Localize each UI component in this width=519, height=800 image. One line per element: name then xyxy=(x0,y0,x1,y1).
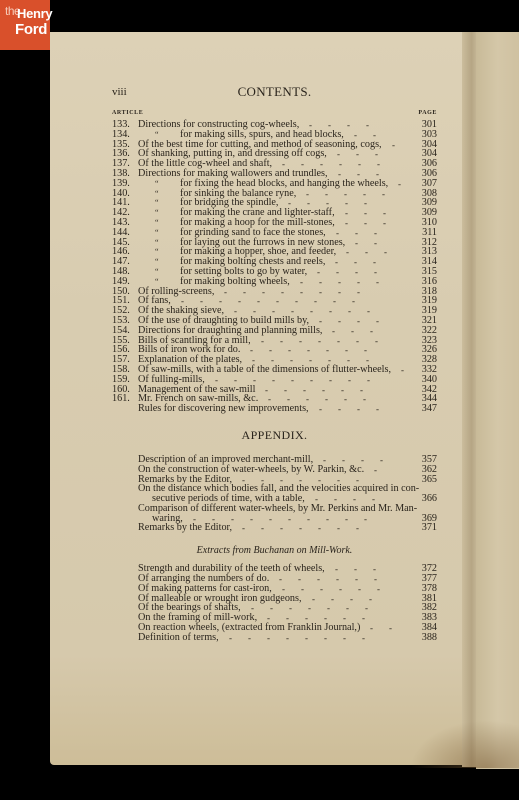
leader-dots: ----- xyxy=(306,189,416,199)
leader-dots: ------- xyxy=(242,523,416,533)
toc-entry: Rules for discovering new improvements,3… xyxy=(112,404,437,414)
leader-dots: - xyxy=(398,179,416,189)
extracts-title: Extracts from Buchanan on Mill-Work. xyxy=(112,545,437,556)
leader-dots: ------ xyxy=(265,385,416,395)
leader-dots: ---- xyxy=(312,594,416,604)
ditto-mark: “ xyxy=(155,247,159,257)
ditto-mark: “ xyxy=(155,218,159,228)
entry-page-number: 388 xyxy=(422,633,437,643)
page-title: CONTENTS. xyxy=(112,84,437,100)
contents-page: viii CONTENTS. ARTICLE PAGE 133.Directio… xyxy=(112,84,437,643)
leader-dots: --- xyxy=(335,257,416,267)
leader-dots: --- xyxy=(346,247,416,257)
entry-page-number: 347 xyxy=(422,404,437,414)
leader-dots: ------- xyxy=(261,336,416,346)
leader-dots: --- xyxy=(345,208,416,218)
leader-dots: --- xyxy=(336,228,416,238)
ditto-mark: “ xyxy=(155,189,159,199)
book-page-right-edge xyxy=(476,32,519,769)
logo-henry: Henry xyxy=(17,6,52,21)
article-number: 161. xyxy=(112,394,136,404)
entry-title: Definition of terms, xyxy=(138,633,219,643)
leader-dots: --- xyxy=(345,218,416,228)
appendix-title: APPENDIX. xyxy=(112,428,437,443)
leader-dots: -------- xyxy=(229,633,416,643)
entry-title: Remarks by the Editor, xyxy=(138,523,232,533)
leader-dots: ---- xyxy=(317,267,416,277)
henry-ford-logo: the Henry Ford xyxy=(0,0,50,50)
appendix-entry: Comparison of different water-wheels, by… xyxy=(138,504,437,514)
appendix-entry: Remarks by the Editor,371------- xyxy=(138,523,437,533)
leader-dots: ---- xyxy=(319,316,416,326)
entry-page-number: 366 xyxy=(422,494,437,504)
articles-list: 133.Directions for constructing cog-whee… xyxy=(112,120,437,414)
article-column-header: ARTICLE xyxy=(112,110,143,116)
leader-dots: ------- xyxy=(250,345,416,355)
logo-ford: Ford xyxy=(15,21,47,38)
leader-dots: - xyxy=(401,365,416,375)
leader-dots: -- xyxy=(370,623,416,633)
entry-page-number: 371 xyxy=(422,523,437,533)
leader-dots: ------- xyxy=(251,603,416,613)
entry-title: Rules for discovering new improvements, xyxy=(138,404,309,414)
leader-dots: -------- xyxy=(224,287,416,297)
leader-dots: ------ xyxy=(282,584,416,594)
leader-dots: ------ xyxy=(279,574,416,584)
leader-dots: --- xyxy=(337,149,416,159)
extract-entry: Definition of terms,388-------- xyxy=(138,633,437,643)
ditto-mark: “ xyxy=(155,257,159,267)
leader-dots: --- xyxy=(332,326,416,336)
extracts-list: Strength and durability of the teeth of … xyxy=(138,564,437,642)
ditto-mark: “ xyxy=(155,238,159,248)
leader-dots: ----- xyxy=(300,277,416,287)
leader-dots: ---- xyxy=(319,404,416,414)
leader-dots: - xyxy=(374,465,416,475)
page-header: viii CONTENTS. xyxy=(112,84,437,106)
ditto-mark: “ xyxy=(155,228,159,238)
ditto-mark: “ xyxy=(155,198,159,208)
leader-dots: --- xyxy=(335,564,416,574)
entry-page-number: 365 xyxy=(422,475,437,485)
page-stain xyxy=(410,720,519,768)
leader-dots: - xyxy=(392,140,416,150)
appendix-list: Description of an improved merchant-mill… xyxy=(138,455,437,533)
ditto-mark: “ xyxy=(155,208,159,218)
ditto-mark: “ xyxy=(155,179,159,189)
leader-dots: -- xyxy=(355,238,416,248)
page-column-header: PAGE xyxy=(418,110,437,116)
ditto-mark: “ xyxy=(155,267,159,277)
